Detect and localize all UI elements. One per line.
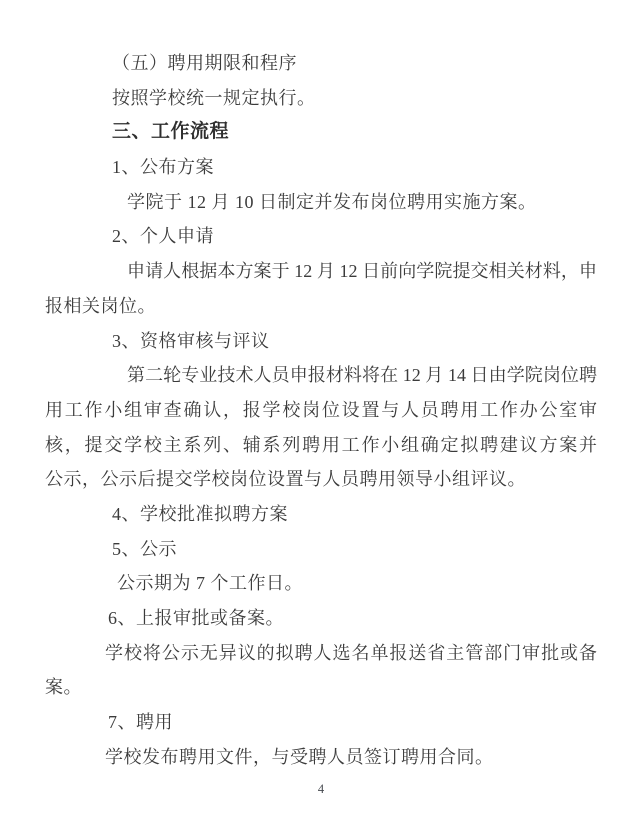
paragraph-line: 1、公布方案 (45, 150, 597, 185)
paragraph-line: 学院于 12 月 10 日制定并发布岗位聘用实施方案。 (45, 185, 597, 220)
paragraph-line: 学校将公示无异议的拟聘人选名单报送省主管部门审批或备 (45, 636, 597, 671)
paragraph-line: 4、学校批准拟聘方案 (45, 497, 597, 532)
paragraph-line: 报相关岗位。 (45, 289, 597, 324)
paragraph-line: 按照学校统一规定执行。 (45, 81, 597, 116)
document-body: （五）聘用期限和程序按照学校统一规定执行。三、工作流程1、公布方案学院于 12 … (45, 46, 597, 774)
paragraph-line: 学校发布聘用文件，与受聘人员签订聘用合同。 (45, 740, 597, 775)
paragraph-line: 6、上报审批或备案。 (45, 601, 597, 636)
document-page: （五）聘用期限和程序按照学校统一规定执行。三、工作流程1、公布方案学院于 12 … (0, 0, 642, 832)
paragraph-line: 2、个人申请 (45, 219, 597, 254)
paragraph-line: 案。 (45, 670, 597, 705)
paragraph-line: 5、公示 (45, 532, 597, 567)
paragraph-line: （五）聘用期限和程序 (45, 46, 597, 81)
paragraph-line: 公示期为 7 个工作日。 (45, 566, 597, 601)
paragraph-line: 公示，公示后提交学校岗位设置与人员聘用领导小组评议。 (45, 462, 597, 497)
page-number: 4 (0, 781, 642, 797)
paragraph-line: 申请人根据本方案于 12 月 12 日前向学院提交相关材料，申 (45, 254, 597, 289)
paragraph-line: 第二轮专业技术人员申报材料将在 12 月 14 日由学院岗位聘 (45, 358, 597, 393)
paragraph-line: 7、聘用 (45, 705, 597, 740)
paragraph-line: 核，提交学校主系列、辅系列聘用工作小组确定拟聘建议方案并 (45, 428, 597, 463)
paragraph-line: 用工作小组审查确认，报学校岗位设置与人员聘用工作办公室审 (45, 393, 597, 428)
paragraph-line: 3、资格审核与评议 (45, 324, 597, 359)
section-heading: 三、工作流程 (45, 115, 597, 150)
